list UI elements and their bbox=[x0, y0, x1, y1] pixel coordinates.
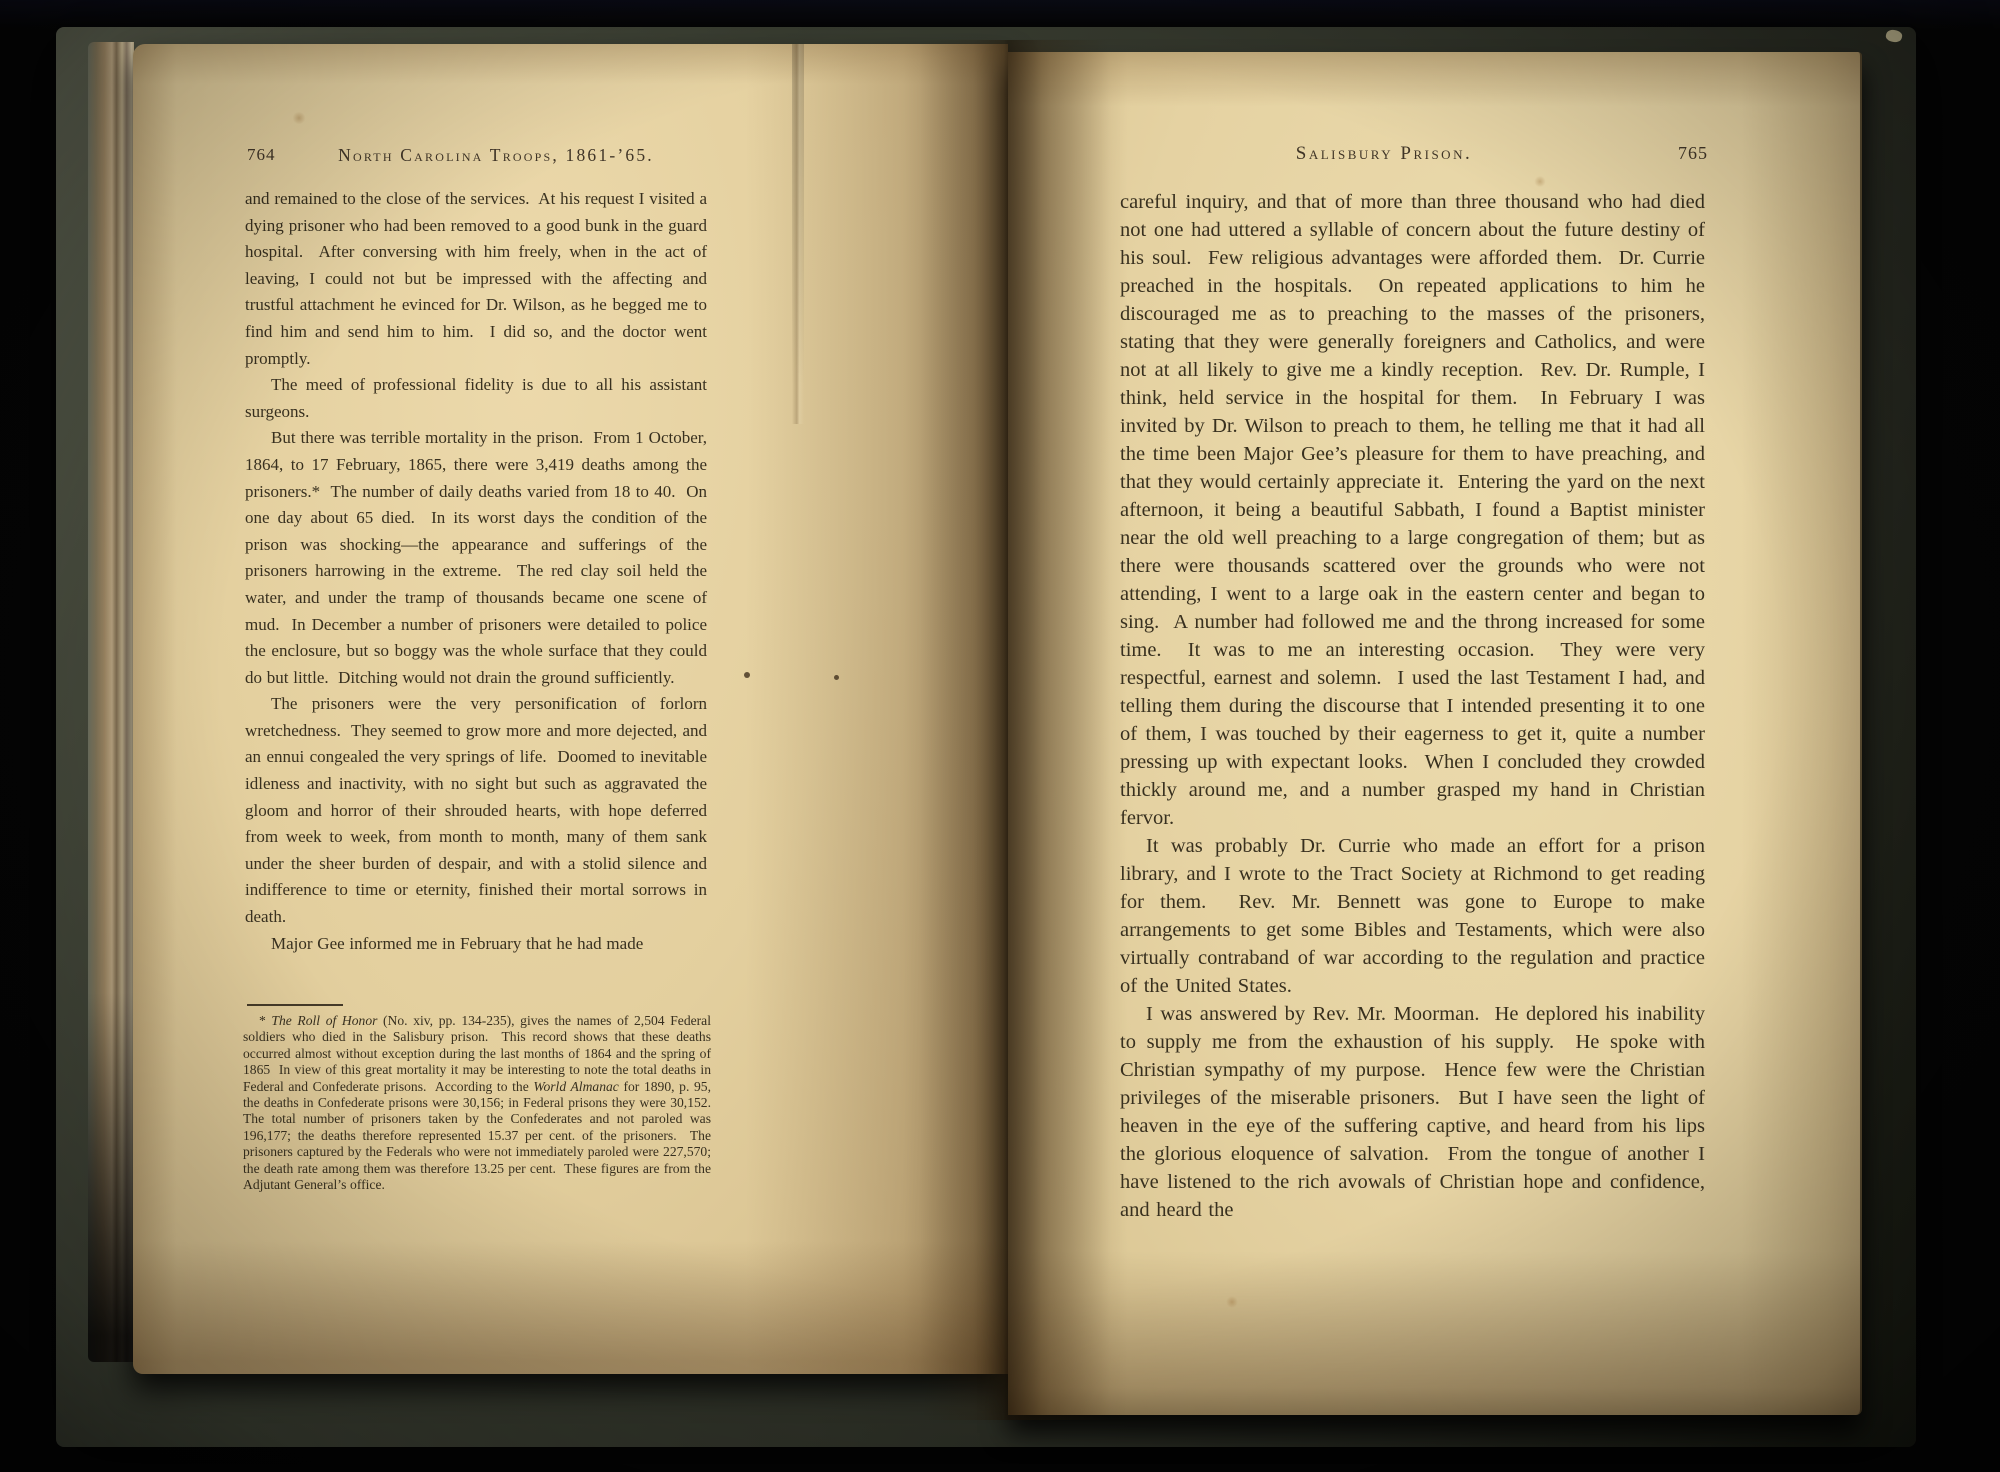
left-page-number: 764 bbox=[247, 145, 276, 165]
left-running-title: North Carolina Troops, 1861-’65. bbox=[285, 145, 707, 166]
fold-crease bbox=[792, 44, 804, 424]
right-page-header: Salisbury Prison. 765 bbox=[1120, 143, 1708, 169]
footnote: * The Roll of Honor (No. xiv, pp. 134-23… bbox=[243, 1013, 711, 1193]
left-page-body: and remained to the close of the service… bbox=[245, 186, 707, 957]
photo-background-tint bbox=[0, 0, 2000, 30]
right-page-body: careful inquiry, and that of more than t… bbox=[1120, 188, 1705, 1224]
foxing-spot bbox=[1226, 1296, 1238, 1308]
paragraph: It was probably Dr. Currie who made an e… bbox=[1120, 832, 1705, 1000]
right-running-title: Salisbury Prison. bbox=[1120, 143, 1648, 165]
footnote-rule bbox=[247, 1004, 343, 1006]
ink-speck bbox=[744, 672, 750, 678]
left-page-header: 764 North Carolina Troops, 1861-’65. bbox=[245, 145, 707, 169]
paragraph: and remained to the close of the service… bbox=[245, 186, 707, 372]
foxing-spot bbox=[636, 246, 646, 256]
footnote-marker: * bbox=[259, 1013, 271, 1028]
book-photograph: { "colors": { "background": "#050505", "… bbox=[0, 0, 2000, 1472]
foxing-spot bbox=[292, 112, 306, 124]
page-edge-stack bbox=[88, 42, 134, 1362]
footnote-work-title: The Roll of Honor bbox=[271, 1013, 377, 1028]
paragraph: Major Gee informed me in February that h… bbox=[245, 931, 707, 958]
foxing-spot bbox=[1534, 176, 1546, 187]
right-page-number: 765 bbox=[1678, 143, 1708, 164]
paragraph: careful inquiry, and that of more than t… bbox=[1120, 188, 1705, 832]
ink-speck bbox=[834, 675, 839, 680]
footnote-almanac-title: World Almanac bbox=[533, 1079, 618, 1094]
paragraph: The prisoners were the very personificat… bbox=[245, 691, 707, 930]
paragraph: But there was terrible mortality in the … bbox=[245, 425, 707, 691]
paragraph: The meed of professional fidelity is due… bbox=[245, 372, 707, 425]
footnote-text: for 1890, p. 95, the deaths in Confedera… bbox=[243, 1079, 718, 1192]
paragraph: I was answered by Rev. Mr. Moorman. He d… bbox=[1120, 1000, 1705, 1224]
